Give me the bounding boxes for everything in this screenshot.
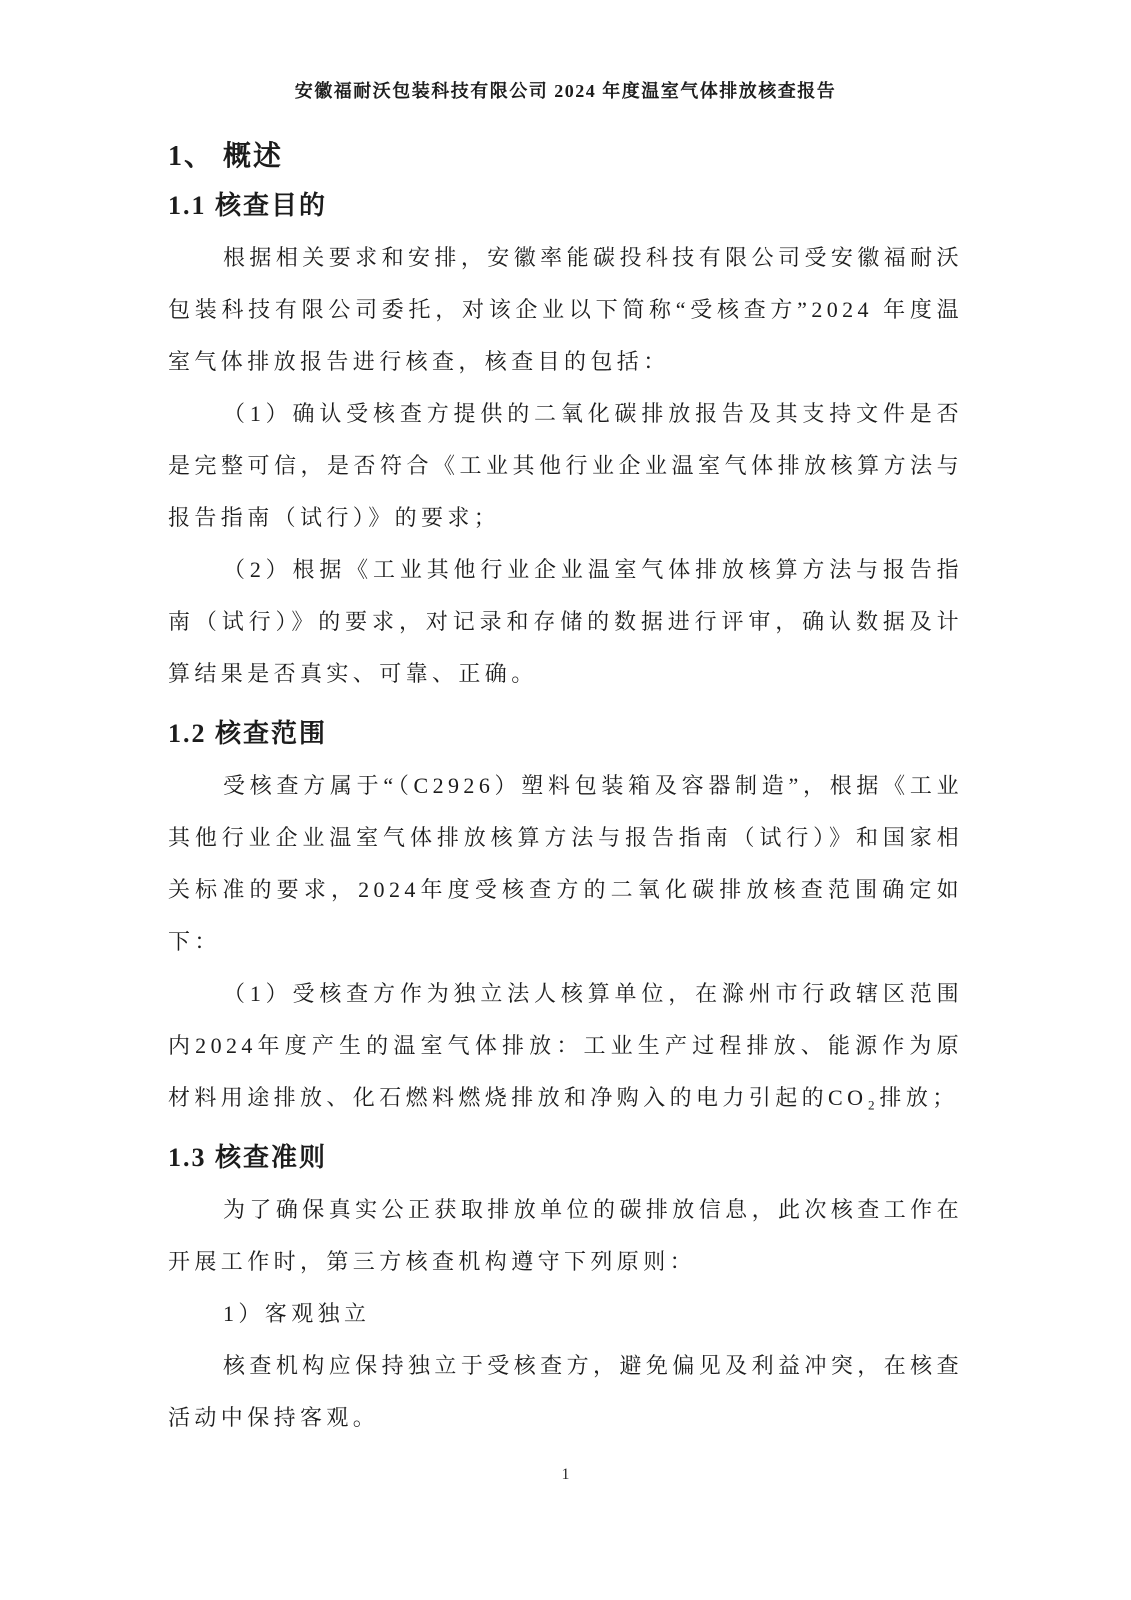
section-1-2-heading: 1.2 核查范围: [168, 720, 963, 748]
paragraph-verification-purpose-intro: 根据相关要求和安排，安徽率能碳投科技有限公司受安徽福耐沃包装科技有限公司委托，对…: [168, 232, 963, 388]
chapter-1-heading: 1、 概述: [168, 142, 963, 172]
paragraph-verification-principles-intro: 为了确保真实公正获取排放单位的碳排放信息，此次核查工作在开展工作时，第三方核查机…: [168, 1184, 963, 1288]
paragraph-purpose-item-2: （2）根据《工业其他行业企业温室气体排放核算方法与报告指南（试行）》的要求，对记…: [168, 544, 963, 700]
page-number: 1: [0, 1466, 1131, 1484]
document-body: 1、 概述 1.1 核查目的 根据相关要求和安排，安徽率能碳投科技有限公司受安徽…: [168, 142, 963, 1444]
paragraph-purpose-item-1: （1）确认受核查方提供的二氧化碳排放报告及其支持文件是否是完整可信，是否符合《工…: [168, 388, 963, 544]
page-header-title: 安徽福耐沃包装科技有限公司 2024 年度温室气体排放核查报告: [0, 78, 1131, 104]
paragraph-scope-item-1: （1）受核查方作为独立法人核算单位，在滁州市行政辖区范围内2024年度产生的温室…: [168, 968, 963, 1124]
section-1-3-heading: 1.3 核查准则: [168, 1144, 963, 1172]
paragraph-principle-1-title: 1）客观独立: [168, 1288, 963, 1340]
document-page: 安徽福耐沃包装科技有限公司 2024 年度温室气体排放核查报告 1、 概述 1.…: [0, 0, 1131, 1600]
paragraph-principle-1-body: 核查机构应保持独立于受核查方，避免偏见及利益冲突，在核查活动中保持客观。: [168, 1340, 963, 1444]
paragraph-verification-scope-intro: 受核查方属于“（C2926）塑料包装箱及容器制造”，根据《工业其他行业企业温室气…: [168, 760, 963, 968]
section-1-1-heading: 1.1 核查目的: [168, 192, 963, 220]
